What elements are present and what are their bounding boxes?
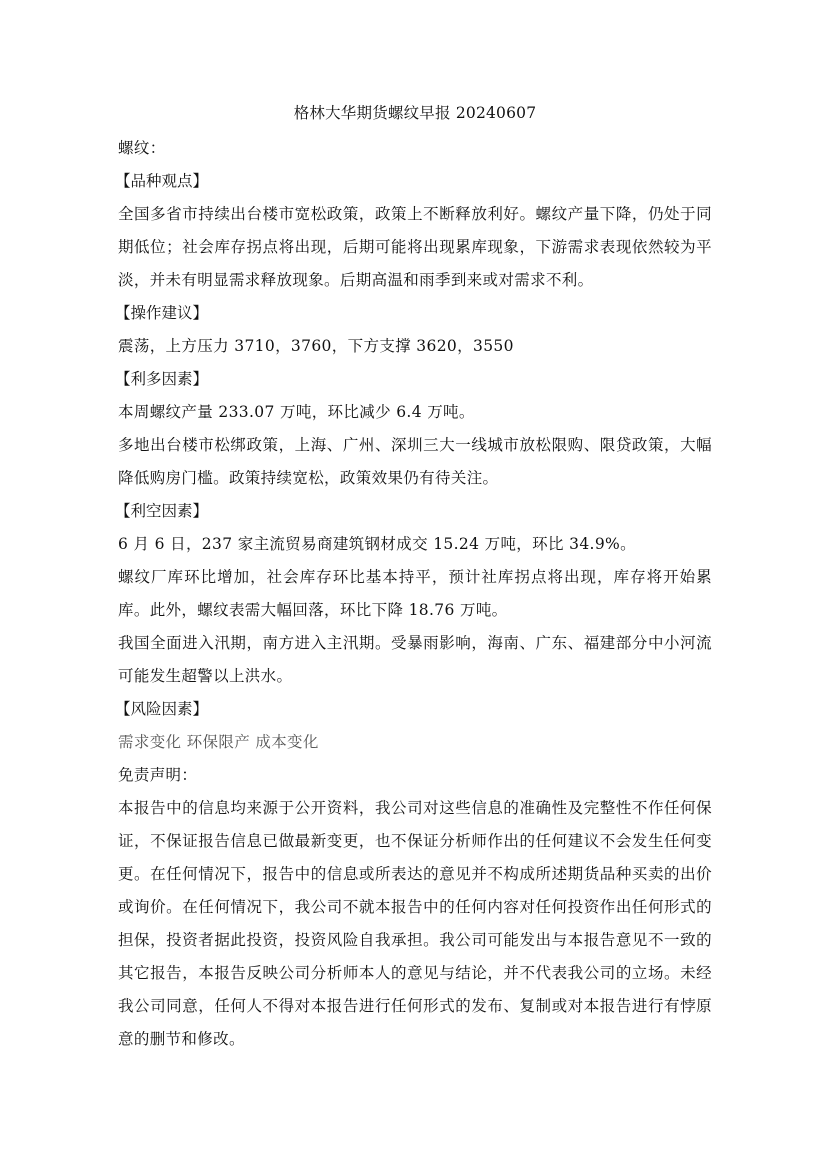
section-heading-risk: 【风险因素】 [115,693,712,726]
document-page: 格林大华期货螺纹早报 20240607 螺纹： 【品种观点】 全国多省市持续出台… [118,98,712,1056]
bullish-paragraph-2: 多地出台楼市松绑政策，上海、广州、深圳三大一线城市放松限购、限贷政策，大幅降低购… [118,429,712,495]
section-heading-advice: 【操作建议】 [115,297,712,330]
bearish-paragraph-3: 我国全面进入汛期，南方进入主汛期。受暴雨影响，海南、广东、福建部分中小河流可能发… [118,627,712,693]
view-paragraph: 全国多省市持续出台楼市宽松政策，政策上不断释放利好。螺纹产量下降，仍处于同期低位… [118,198,712,297]
bullish-paragraph-1: 本周螺纹产量 233.07 万吨，环比减少 6.4 万吨。 [118,396,712,429]
section-heading-bullish: 【利多因素】 [115,363,712,396]
document-title: 格林大华期货螺纹早报 20240607 [118,98,712,128]
risk-paragraph: 需求变化 环保限产 成本变化 [118,726,712,759]
bearish-paragraph-1: 6 月 6 日，237 家主流贸易商建筑钢材成交 15.24 万吨，环比 34.… [118,528,712,561]
bearish-paragraph-2: 螺纹厂库环比增加，社会库存环比基本持平，预计社库拐点将出现，库存将开始累库。此外… [118,561,712,627]
advice-paragraph: 震荡，上方压力 3710，3760，下方支撑 3620，3550 [118,330,712,363]
section-heading-view: 【品种观点】 [115,165,712,198]
section-heading-bearish: 【利空因素】 [115,495,712,528]
subject-label: 螺纹： [118,132,712,165]
disclaimer-paragraph: 本报告中的信息均来源于公开资料，我公司对这些信息的准确性及完整性不作任何保证，不… [118,792,712,1056]
disclaimer-heading: 免责声明： [118,759,712,792]
